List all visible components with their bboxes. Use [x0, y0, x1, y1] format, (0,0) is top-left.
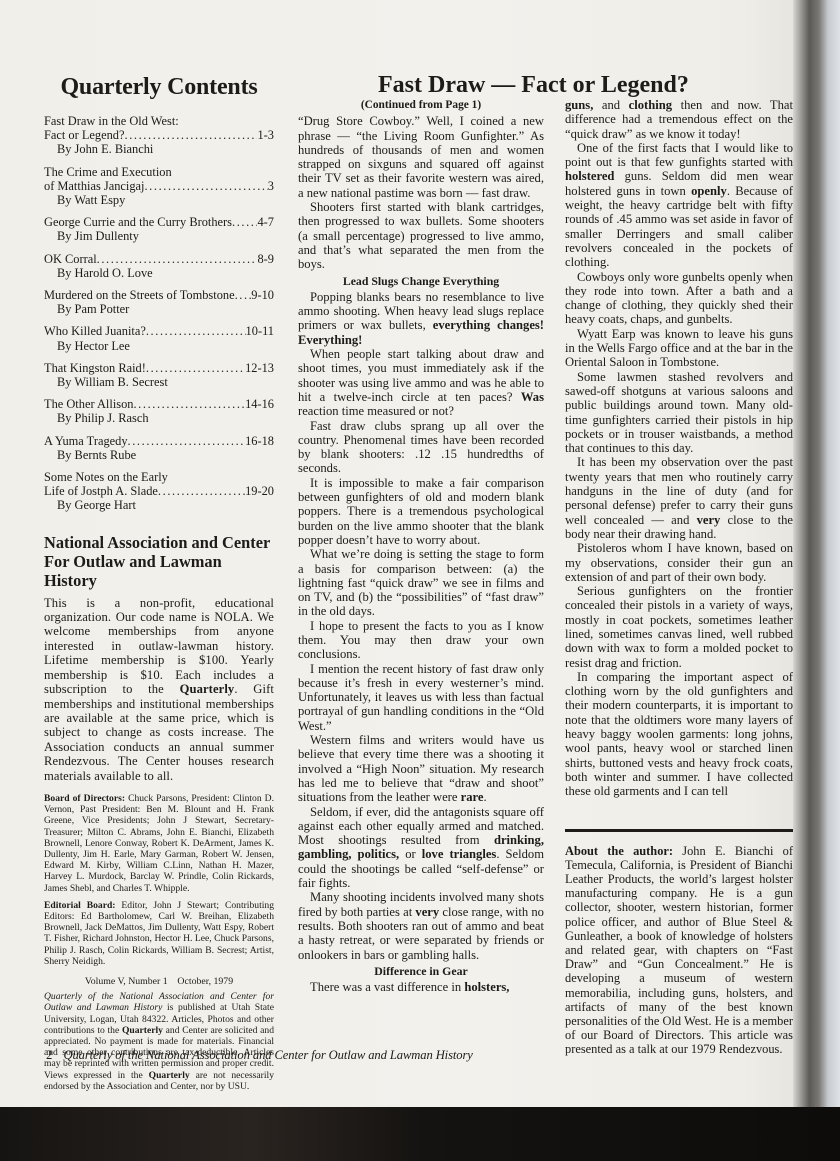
- left-column: Quarterly Contents Fast Draw in the Old …: [44, 74, 274, 1092]
- toc-page-number: 10-11: [246, 324, 274, 338]
- toc-page-number: 12-13: [245, 361, 274, 375]
- toc-page-number: 9-10: [251, 288, 274, 302]
- toc-page-number: 8-9: [257, 252, 274, 266]
- toc-entry[interactable]: A Yuma Tragedy16-18 By Bernts Rube: [44, 434, 274, 462]
- toc-entry[interactable]: The Crime and Execution of Matthias Janc…: [44, 165, 274, 208]
- toc-page-number: 3: [268, 179, 274, 193]
- toc-author: By Philip J. Rasch: [44, 411, 274, 425]
- toc-page-number: 19-20: [245, 484, 274, 498]
- about-the-author: About the author: John E. Bianchi of Tem…: [565, 844, 793, 1057]
- contents-heading: Quarterly Contents: [44, 74, 274, 100]
- page-spine-shadow: [793, 0, 840, 1107]
- toc-author: By William B. Secrest: [44, 375, 274, 389]
- toc-entry[interactable]: The Other Allison14-16 By Philip J. Rasc…: [44, 397, 274, 425]
- toc-author: By George Hart: [44, 498, 274, 512]
- toc-author: By Jim Dullenty: [44, 229, 274, 243]
- continued-note: (Continued from Page 1): [298, 98, 544, 112]
- toc-author: By Pam Potter: [44, 302, 274, 316]
- toc-author: By Hector Lee: [44, 339, 274, 353]
- volume-info: Volume V, Number 1 October, 1979: [44, 976, 274, 987]
- subheading: Difference in Gear: [298, 964, 544, 978]
- toc-entry[interactable]: OK Corral8-9 By Harold O. Love: [44, 252, 274, 280]
- footer-title: Quarterly of the National Association an…: [63, 1048, 472, 1062]
- page-footer: 2 Quarterly of the National Association …: [46, 1048, 473, 1063]
- section-divider: [565, 829, 793, 832]
- toc-page-number: 4-7: [257, 215, 274, 229]
- toc-author: By Harold O. Love: [44, 266, 274, 280]
- board-of-directors: Board of Directors: Chuck Parsons, Presi…: [44, 793, 274, 894]
- toc-entry[interactable]: Some Notes on the Early Life of Jostph A…: [44, 470, 274, 513]
- toc-author: By John E. Bianchi: [44, 142, 274, 156]
- toc-entry[interactable]: Who Killed Juanita?10-11 By Hector Lee: [44, 324, 274, 352]
- article-title: Fast Draw — Fact or Legend?: [378, 72, 798, 98]
- toc-page-number: 1-3: [257, 128, 274, 142]
- editorial-board: Editorial Board: Editor, John J Stewart;…: [44, 900, 274, 967]
- nola-description: This is a non-profit, educational organi…: [44, 596, 274, 783]
- toc-entry[interactable]: That Kingston Raid!12-13 By William B. S…: [44, 361, 274, 389]
- toc-page-number: 14-16: [245, 397, 274, 411]
- article-column-middle: (Continued from Page 1) “Drug Store Cowb…: [298, 98, 544, 994]
- toc-entry[interactable]: Fast Draw in the Old West: Fact or Legen…: [44, 114, 274, 157]
- toc-entry[interactable]: Murdered on the Streets of Tombstone9-10…: [44, 288, 274, 316]
- article-column-right: guns, and clothing then and now. That di…: [565, 98, 793, 1057]
- subheading: Lead Slugs Change Everything: [298, 274, 544, 288]
- publication-notice: Quarterly of the National Association an…: [44, 991, 274, 1092]
- table-of-contents: Fast Draw in the Old West: Fact or Legen…: [44, 114, 274, 513]
- nola-heading: National Association and Center For Outl…: [44, 533, 274, 590]
- page-number: 2: [46, 1048, 52, 1062]
- scan-background: [0, 1107, 840, 1161]
- toc-entry[interactable]: George Currie and the Curry Brothers4-7 …: [44, 215, 274, 243]
- toc-author: By Bernts Rube: [44, 448, 274, 462]
- toc-page-number: 16-18: [245, 434, 274, 448]
- toc-author: By Watt Espy: [44, 193, 274, 207]
